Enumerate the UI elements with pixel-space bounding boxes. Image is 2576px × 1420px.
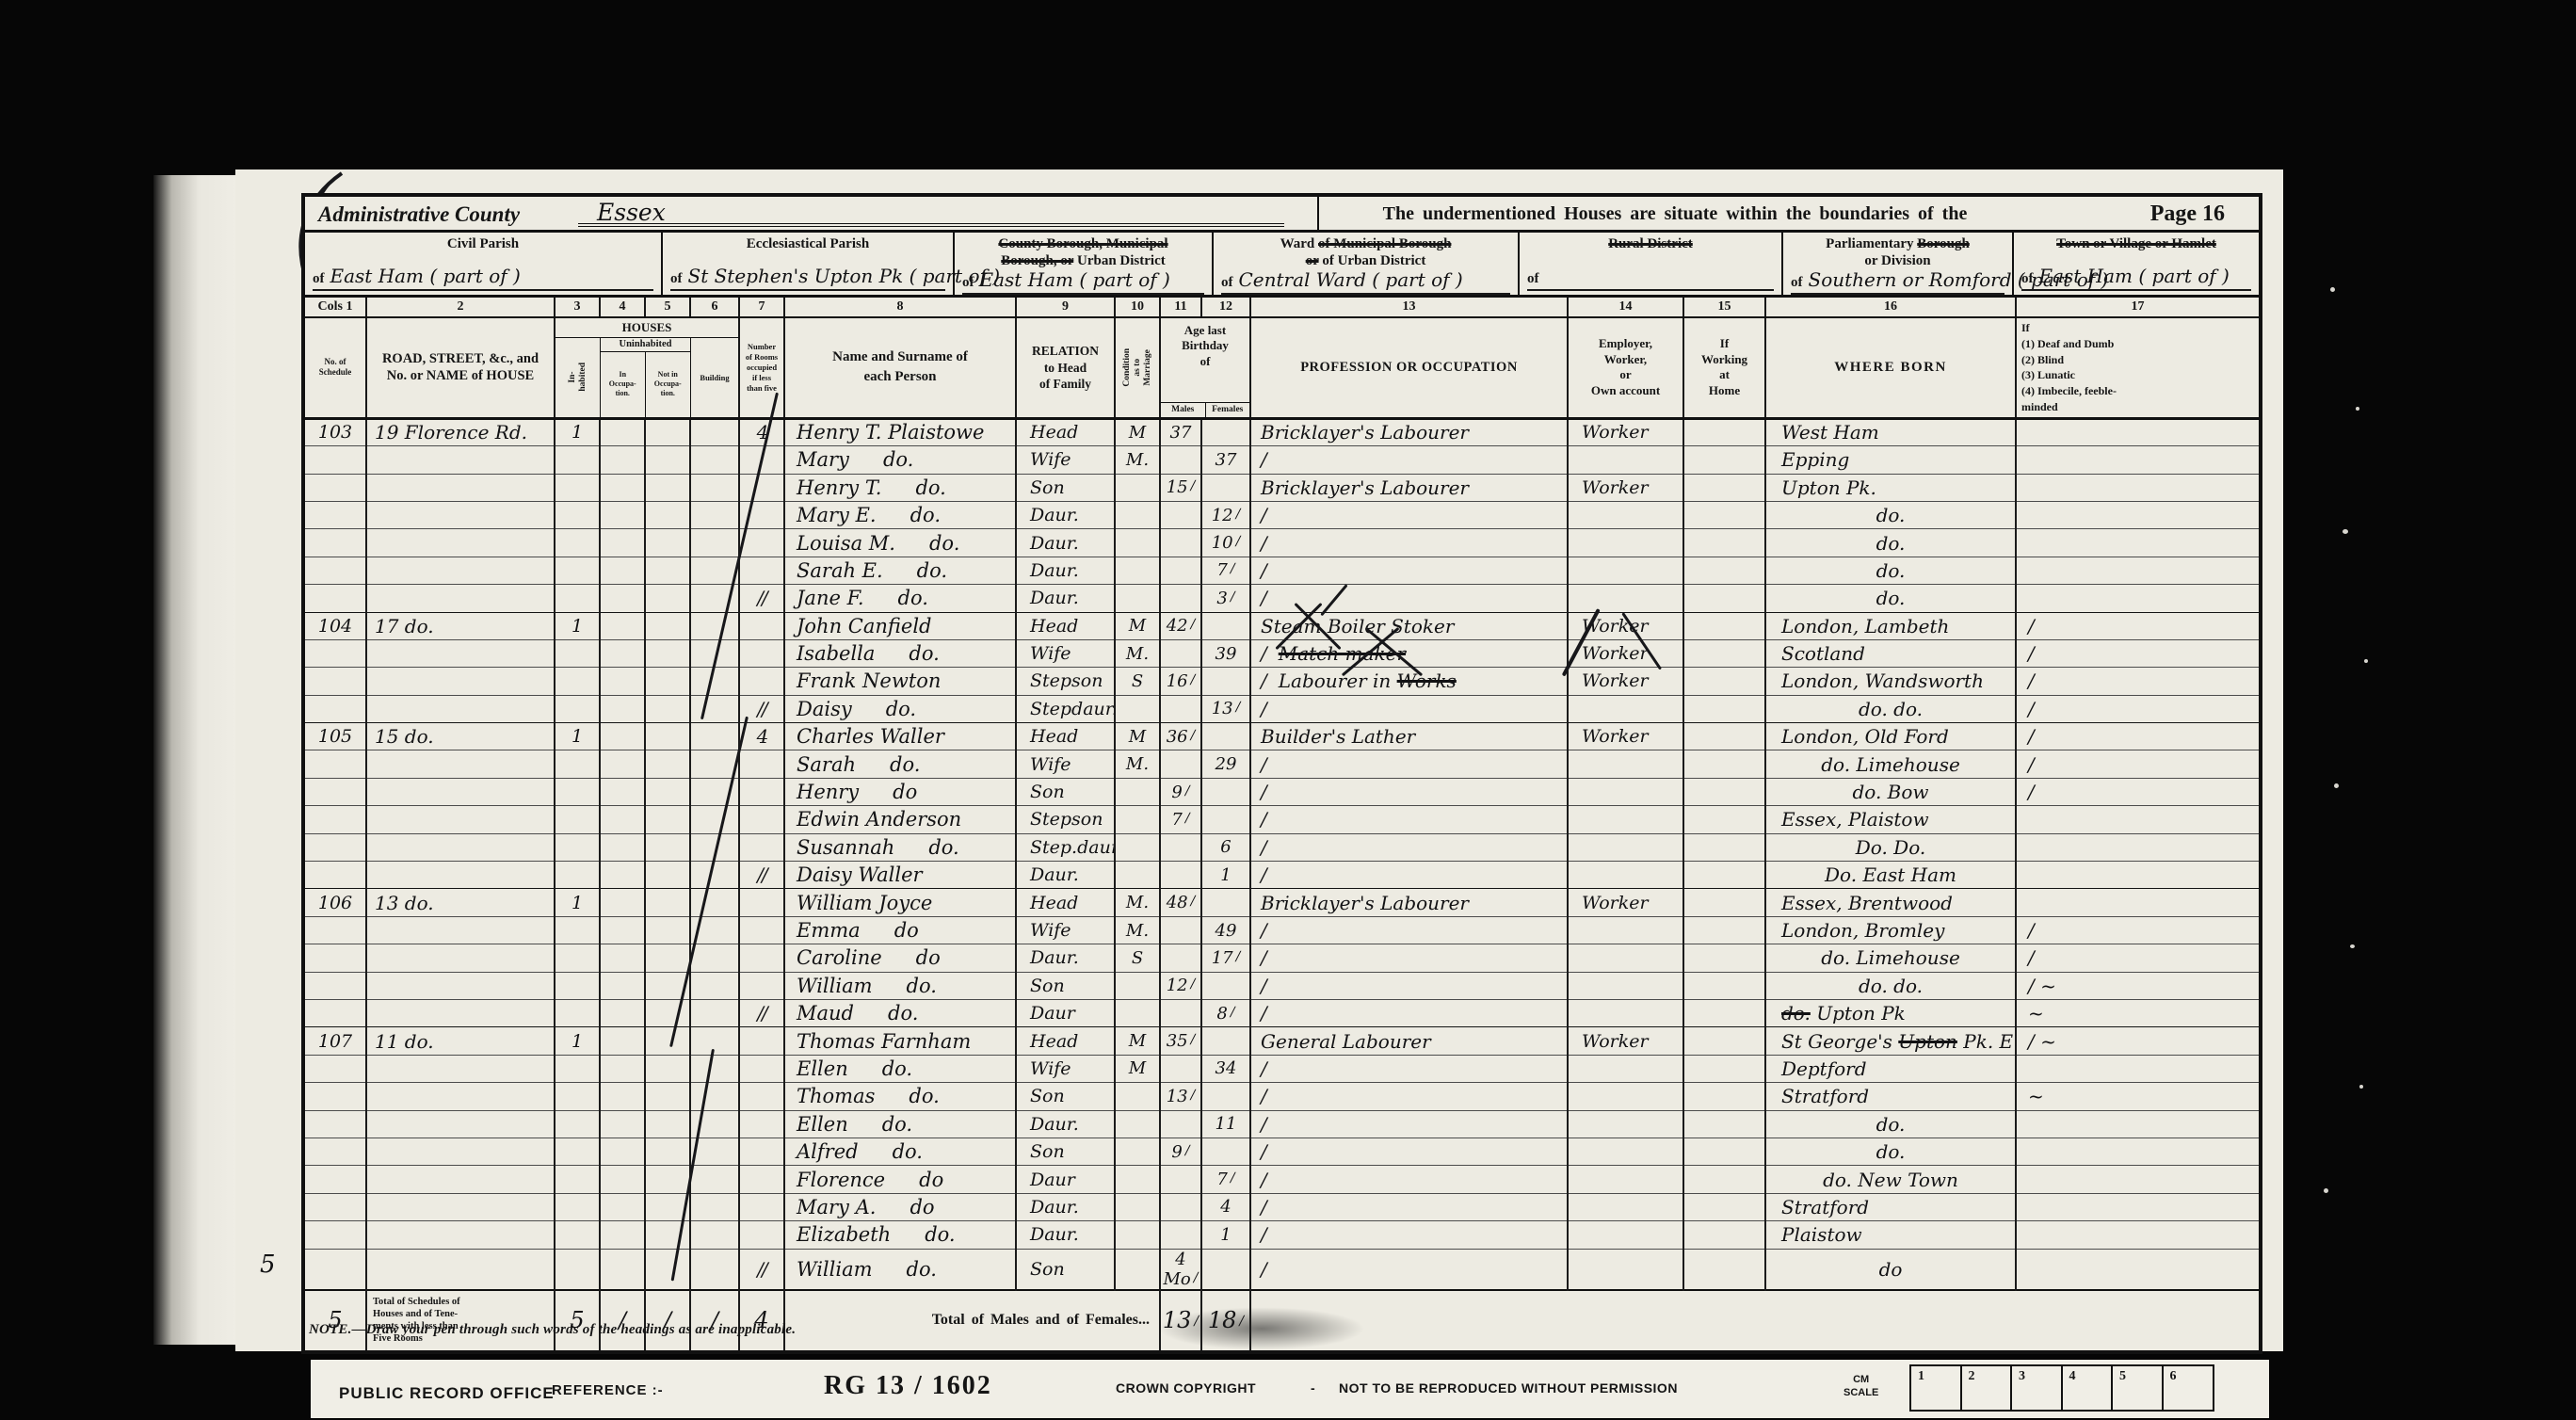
cell-age-male: 15∕ bbox=[1160, 474, 1201, 501]
cell-inhabited bbox=[555, 1083, 600, 1110]
cell-age-male bbox=[1160, 585, 1201, 612]
cell-uninhabited-not bbox=[645, 446, 690, 474]
cell-schedule bbox=[305, 916, 366, 944]
district-box-rural-district: Rural Districtof bbox=[1520, 233, 1783, 295]
total-schedules-label: Total of Schedules of Houses and of Tene… bbox=[366, 1290, 555, 1350]
person-row: 10515 do.14Charles WallerHeadM36∕Builder… bbox=[305, 723, 2259, 750]
cell-employer: Worker bbox=[1568, 1027, 1683, 1055]
cell-infirmity bbox=[2016, 557, 2259, 584]
cell-age-female: 6 bbox=[1201, 833, 1250, 861]
cell-age-male bbox=[1160, 750, 1201, 778]
cell-name: John Canfield bbox=[784, 612, 1016, 639]
cell-condition bbox=[1115, 501, 1160, 528]
cell-at-home bbox=[1683, 1027, 1765, 1055]
cell-infirmity: ∕ bbox=[2016, 750, 2259, 778]
cell-relation: Son bbox=[1016, 972, 1115, 999]
cell-infirmity bbox=[2016, 529, 2259, 557]
cell-condition bbox=[1115, 1249, 1160, 1290]
cell-employer bbox=[1568, 778, 1683, 805]
cell-name: Ellendo. bbox=[784, 1055, 1016, 1082]
column-number: 11 bbox=[1160, 298, 1201, 317]
cell-inhabited bbox=[555, 668, 600, 695]
cell-employer bbox=[1568, 999, 1683, 1026]
cell-name: Sarahdo. bbox=[784, 750, 1016, 778]
totals-blank bbox=[1250, 1290, 2259, 1350]
cell-name: Susannahdo. bbox=[784, 833, 1016, 861]
cell-condition bbox=[1115, 529, 1160, 557]
cell-occupation: ∕ bbox=[1250, 862, 1568, 889]
cell-name: Florencedo bbox=[784, 1166, 1016, 1193]
cell-age-female bbox=[1201, 418, 1250, 445]
admin-county-band: Administrative County Essex The undermen… bbox=[305, 197, 2259, 233]
person-row: Sarahdo.WifeM.29∕do. Limehouse∕ bbox=[305, 750, 2259, 778]
cell-inhabited bbox=[555, 972, 600, 999]
cell-uninhabited-occ bbox=[600, 723, 645, 750]
cell-condition bbox=[1115, 1083, 1160, 1110]
cell-schedule: 104 bbox=[305, 612, 366, 639]
cell-age-female: 3∕ bbox=[1201, 585, 1250, 612]
cell-age-male bbox=[1160, 1110, 1201, 1138]
cell-age-male: 12∕ bbox=[1160, 972, 1201, 999]
margin-schedule-count: 5 bbox=[260, 1251, 276, 1279]
copyright-label: CROWN COPYRIGHT bbox=[1116, 1380, 1256, 1396]
admin-county-label: Administrative County bbox=[318, 202, 520, 227]
cell-age-male bbox=[1160, 999, 1201, 1026]
cell-occupation: ∕ bbox=[1250, 750, 1568, 778]
cell-age-female bbox=[1201, 889, 1250, 916]
cell-where-born: Plaistow bbox=[1765, 1221, 2016, 1249]
cell-at-home bbox=[1683, 446, 1765, 474]
total-rooms: 4 bbox=[739, 1290, 784, 1350]
cell-at-home bbox=[1683, 916, 1765, 944]
cell-inhabited: 1 bbox=[555, 612, 600, 639]
col-born-header: WHERE BORN bbox=[1765, 317, 2016, 418]
cell-at-home bbox=[1683, 1138, 1765, 1165]
cell-at-home bbox=[1683, 1221, 1765, 1249]
cell-schedule bbox=[305, 474, 366, 501]
cell-employer bbox=[1568, 1055, 1683, 1082]
cell-rooms bbox=[739, 557, 784, 584]
cell-address: 17 do. bbox=[366, 612, 555, 639]
cell-relation: Daur bbox=[1016, 1166, 1115, 1193]
dust-speck bbox=[2343, 529, 2348, 534]
cell-age-male bbox=[1160, 944, 1201, 972]
column-number: 15 bbox=[1683, 298, 1765, 317]
cell-employer bbox=[1568, 1110, 1683, 1138]
cell-age-female: 4 bbox=[1201, 1193, 1250, 1220]
cell-inhabited: 1 bbox=[555, 1027, 600, 1055]
cell-rooms bbox=[739, 639, 784, 667]
cell-where-born: do. bbox=[1765, 1138, 2016, 1165]
cell-occupation: ∕ bbox=[1250, 695, 1568, 722]
column-numbers-row: Cols 1234567891011121314151617 bbox=[305, 298, 2259, 317]
cell-inhabited bbox=[555, 639, 600, 667]
cell-condition bbox=[1115, 806, 1160, 833]
ruler-cell: 6 bbox=[2162, 1364, 2214, 1412]
cell-age-female: 13∕ bbox=[1201, 695, 1250, 722]
cell-uninhabited-not bbox=[645, 695, 690, 722]
cell-rooms bbox=[739, 916, 784, 944]
cell-address: 15 do. bbox=[366, 723, 555, 750]
cell-infirmity: ∕ bbox=[2016, 944, 2259, 972]
cell-at-home bbox=[1683, 585, 1765, 612]
cell-rooms bbox=[739, 972, 784, 999]
cell-infirmity bbox=[2016, 862, 2259, 889]
cell-building bbox=[690, 695, 739, 722]
cell-age-male: 36∕ bbox=[1160, 723, 1201, 750]
cell-uninhabited-occ bbox=[600, 999, 645, 1026]
cell-occupation: ∕ bbox=[1250, 833, 1568, 861]
cell-at-home bbox=[1683, 668, 1765, 695]
cell-rooms bbox=[739, 1221, 784, 1249]
cell-infirmity: ~ bbox=[2016, 999, 2259, 1026]
cell-where-born: Deptford bbox=[1765, 1055, 2016, 1082]
cell-relation: Head bbox=[1016, 612, 1115, 639]
cell-rooms bbox=[739, 778, 784, 805]
cell-rooms: 4 bbox=[739, 418, 784, 445]
cell-age-female bbox=[1201, 1249, 1250, 1290]
col-road-header: ROAD, STREET, &c., and No. or NAME of HO… bbox=[366, 317, 555, 418]
cell-schedule bbox=[305, 1166, 366, 1193]
cell-occupation: Bricklayer's Labourer bbox=[1250, 474, 1568, 501]
cell-age-female bbox=[1201, 612, 1250, 639]
cell-where-born: Do. Do. bbox=[1765, 833, 2016, 861]
cell-uninhabited-not bbox=[645, 806, 690, 833]
cell-at-home bbox=[1683, 1055, 1765, 1082]
cell-uninhabited-occ bbox=[600, 585, 645, 612]
cell-relation: Daur. bbox=[1016, 501, 1115, 528]
cell-uninhabited-occ bbox=[600, 1193, 645, 1220]
person-row: Susannahdo.Step.daur.6∕Do. Do. bbox=[305, 833, 2259, 861]
film-edge bbox=[153, 175, 236, 1345]
cm-scale-label: CM SCALE bbox=[1843, 1373, 1878, 1400]
cell-address bbox=[366, 1221, 555, 1249]
cell-address bbox=[366, 501, 555, 528]
cell-address bbox=[366, 474, 555, 501]
cell-rooms bbox=[739, 612, 784, 639]
cell-occupation: ∕ bbox=[1250, 446, 1568, 474]
cell-occupation: ∕ bbox=[1250, 778, 1568, 805]
person-row: 10613 do.1William JoyceHeadM.48∕Bricklay… bbox=[305, 889, 2259, 916]
cell-rooms bbox=[739, 1027, 784, 1055]
cell-schedule bbox=[305, 778, 366, 805]
cell-uninhabited-occ bbox=[600, 833, 645, 861]
cell-inhabited bbox=[555, 585, 600, 612]
cell-schedule bbox=[305, 833, 366, 861]
cell-building bbox=[690, 723, 739, 750]
cell-building bbox=[690, 501, 739, 528]
person-row: 10417 do.1John CanfieldHeadM42∕Steam Boi… bbox=[305, 612, 2259, 639]
cell-uninhabited-occ bbox=[600, 529, 645, 557]
cell-relation: Wife bbox=[1016, 1055, 1115, 1082]
cell-relation: Son bbox=[1016, 1083, 1115, 1110]
cell-relation: Daur. bbox=[1016, 1221, 1115, 1249]
cell-inhabited bbox=[555, 862, 600, 889]
reference-number: RG 13 / 1602 bbox=[824, 1371, 992, 1401]
column-number: 7 bbox=[739, 298, 784, 317]
cell-uninhabited-occ bbox=[600, 916, 645, 944]
cell-age-male: 9∕ bbox=[1160, 778, 1201, 805]
cell-employer: Worker bbox=[1568, 668, 1683, 695]
cell-age-female: 8∕ bbox=[1201, 999, 1250, 1026]
cell-condition: S bbox=[1115, 944, 1160, 972]
cell-relation: Son bbox=[1016, 474, 1115, 501]
cell-uninhabited-not bbox=[645, 639, 690, 667]
cell-condition: M bbox=[1115, 418, 1160, 445]
cell-uninhabited-not bbox=[645, 668, 690, 695]
cell-infirmity: ∕ bbox=[2016, 723, 2259, 750]
cell-rooms bbox=[739, 833, 784, 861]
cell-inhabited bbox=[555, 833, 600, 861]
cell-relation: Wife bbox=[1016, 446, 1115, 474]
cell-employer bbox=[1568, 1166, 1683, 1193]
cell-name: Alfreddo. bbox=[784, 1138, 1016, 1165]
cell-infirmity bbox=[2016, 585, 2259, 612]
cell-address bbox=[366, 833, 555, 861]
cell-employer: Worker bbox=[1568, 639, 1683, 667]
dust-speck bbox=[2350, 944, 2355, 948]
cell-uninhabited-not bbox=[645, 999, 690, 1026]
cell-building bbox=[690, 889, 739, 916]
cell-schedule bbox=[305, 1083, 366, 1110]
cell-name: Charles Waller bbox=[784, 723, 1016, 750]
cell-inhabited bbox=[555, 446, 600, 474]
cell-relation: Stepson bbox=[1016, 806, 1115, 833]
cell-age-female: 37 bbox=[1201, 446, 1250, 474]
cell-at-home bbox=[1683, 612, 1765, 639]
cell-relation: Daur. bbox=[1016, 944, 1115, 972]
col-occupation-header: PROFESSION OR OCCUPATION bbox=[1250, 317, 1568, 418]
cell-uninhabited-occ bbox=[600, 972, 645, 999]
cell-employer bbox=[1568, 1138, 1683, 1165]
cell-where-born: Essex, Brentwood bbox=[1765, 889, 2016, 916]
cell-infirmity: ~ bbox=[2016, 1083, 2259, 1110]
cell-at-home bbox=[1683, 778, 1765, 805]
scan-smudge bbox=[1158, 1307, 1365, 1350]
cell-name: Edwin Anderson bbox=[784, 806, 1016, 833]
cell-infirmity bbox=[2016, 501, 2259, 528]
cell-age-male bbox=[1160, 446, 1201, 474]
cell-occupation: ∕ bbox=[1250, 972, 1568, 999]
person-row: ∕∕Jane F.do.Daur.3∕∕do. bbox=[305, 585, 2259, 612]
cell-uninhabited-not bbox=[645, 501, 690, 528]
cell-inhabited: 1 bbox=[555, 418, 600, 445]
person-row: ∕∕Mauddo.Daur8∕∕do. Upton Pk~ bbox=[305, 999, 2259, 1026]
cell-name: Henry T.do. bbox=[784, 474, 1016, 501]
district-box-ward: Ward of Municipal Boroughor of Urban Dis… bbox=[1214, 233, 1520, 295]
cell-uninhabited-occ bbox=[600, 557, 645, 584]
person-row: 10319 Florence Rd.14Henry T. PlaistoweHe… bbox=[305, 418, 2259, 445]
cell-where-born: Upton Pk. bbox=[1765, 474, 2016, 501]
cell-employer bbox=[1568, 557, 1683, 584]
cell-infirmity bbox=[2016, 1110, 2259, 1138]
dust-speck bbox=[2334, 783, 2339, 788]
cell-relation: Head bbox=[1016, 889, 1115, 916]
cell-age-male bbox=[1160, 862, 1201, 889]
column-number: 16 bbox=[1765, 298, 2016, 317]
col-rooms-header: Number of Rooms occupied if less than fi… bbox=[739, 317, 784, 418]
cell-schedule bbox=[305, 1249, 366, 1290]
cell-rooms bbox=[739, 1166, 784, 1193]
cell-building bbox=[690, 418, 739, 445]
cell-schedule bbox=[305, 557, 366, 584]
cell-where-born: do. Upton Pk bbox=[1765, 999, 2016, 1026]
ruler-cell: 5 bbox=[2111, 1364, 2164, 1412]
cell-occupation: ∕ bbox=[1250, 944, 1568, 972]
district-box-parliamentary-division: Parliamentary Boroughor DivisionofSouthe… bbox=[1783, 233, 2014, 295]
cell-employer bbox=[1568, 529, 1683, 557]
cell-rooms bbox=[739, 668, 784, 695]
cell-name: Thomas Farnham bbox=[784, 1027, 1016, 1055]
cell-infirmity: ∕ bbox=[2016, 612, 2259, 639]
office-label: PUBLIC RECORD OFFICE bbox=[339, 1384, 555, 1403]
cell-where-born: London, Wandsworth bbox=[1765, 668, 2016, 695]
cell-schedule: 106 bbox=[305, 889, 366, 916]
cell-building bbox=[690, 1055, 739, 1082]
cell-age-male bbox=[1160, 833, 1201, 861]
cell-at-home bbox=[1683, 1110, 1765, 1138]
cell-schedule bbox=[305, 944, 366, 972]
cell-employer bbox=[1568, 916, 1683, 944]
separator: - bbox=[1311, 1380, 1315, 1396]
cell-occupation: ∕ bbox=[1250, 1221, 1568, 1249]
cell-schedule bbox=[305, 695, 366, 722]
cell-age-male: 7∕ bbox=[1160, 806, 1201, 833]
cell-age-male bbox=[1160, 1055, 1201, 1082]
cell-infirmity bbox=[2016, 889, 2259, 916]
total-uninhabited-occ: ∕ bbox=[600, 1290, 645, 1350]
cell-age-female bbox=[1201, 806, 1250, 833]
cell-building bbox=[690, 1083, 739, 1110]
ruler-cell: 2 bbox=[1960, 1364, 2013, 1412]
col-infirmity-header: If (1) Deaf and Dumb (2) Blind (3) Lunat… bbox=[2016, 317, 2259, 418]
person-row: FlorencedoDaur7∕∕do. New Town bbox=[305, 1166, 2259, 1193]
cell-name: Henry T. Plaistowe bbox=[784, 418, 1016, 445]
cell-inhabited bbox=[555, 750, 600, 778]
cell-address bbox=[366, 862, 555, 889]
cell-address bbox=[366, 806, 555, 833]
cell-rooms: ∕∕ bbox=[739, 585, 784, 612]
person-row: CarolinedoDaur.S17∕∕do. Limehouse∕ bbox=[305, 944, 2259, 972]
cell-age-male: 13∕ bbox=[1160, 1083, 1201, 1110]
cell-inhabited bbox=[555, 999, 600, 1026]
cell-where-born: do. bbox=[1765, 1110, 2016, 1138]
col-athome-header: If Working at Home bbox=[1683, 317, 1765, 418]
cell-where-born: do. Limehouse bbox=[1765, 750, 2016, 778]
cell-uninhabited-occ bbox=[600, 612, 645, 639]
cell-occupation: Bricklayer's Labourer bbox=[1250, 889, 1568, 916]
cell-infirmity bbox=[2016, 1166, 2259, 1193]
cell-condition bbox=[1115, 695, 1160, 722]
cell-uninhabited-occ bbox=[600, 806, 645, 833]
cell-age-male bbox=[1160, 557, 1201, 584]
cell-where-born: do bbox=[1765, 1249, 2016, 1290]
cell-employer bbox=[1568, 806, 1683, 833]
cell-occupation: Builder's Lather bbox=[1250, 723, 1568, 750]
situate-line: The undermentioned Houses are situate wi… bbox=[1345, 203, 2004, 225]
cell-relation: Daur bbox=[1016, 999, 1115, 1026]
district-box-urban-district: County Borough, MunicipalBorough, or Urb… bbox=[955, 233, 1214, 295]
col-relation-header: RELATION to Head of Family bbox=[1016, 317, 1115, 418]
cell-age-male bbox=[1160, 916, 1201, 944]
cell-address bbox=[366, 778, 555, 805]
cell-condition: M bbox=[1115, 1027, 1160, 1055]
ruler-cell: 3 bbox=[2010, 1364, 2063, 1412]
column-number: 5 bbox=[645, 298, 690, 317]
cell-age-female: 34 bbox=[1201, 1055, 1250, 1082]
cell-relation: Daur. bbox=[1016, 1193, 1115, 1220]
cell-infirmity: ∕ bbox=[2016, 695, 2259, 722]
cell-uninhabited-not bbox=[645, 1166, 690, 1193]
cell-name: Isabellado. bbox=[784, 639, 1016, 667]
cell-inhabited bbox=[555, 1249, 600, 1290]
cell-where-born: do. do. bbox=[1765, 695, 2016, 722]
census-table: Cols 1234567891011121314151617 No. of Sc… bbox=[305, 298, 2259, 1350]
cell-at-home bbox=[1683, 501, 1765, 528]
cell-condition bbox=[1115, 557, 1160, 584]
cell-uninhabited-not bbox=[645, 1138, 690, 1165]
cell-at-home bbox=[1683, 833, 1765, 861]
cell-name: Mauddo. bbox=[784, 999, 1016, 1026]
cell-uninhabited-not bbox=[645, 862, 690, 889]
cell-relation: Wife bbox=[1016, 750, 1115, 778]
cell-occupation: ∕ bbox=[1250, 806, 1568, 833]
cell-age-female: 49 bbox=[1201, 916, 1250, 944]
col-age-header: Age last Birthday of MalesFemales bbox=[1160, 317, 1250, 418]
cell-condition bbox=[1115, 474, 1160, 501]
cell-name: William Joyce bbox=[784, 889, 1016, 916]
cell-age-female: 29 bbox=[1201, 750, 1250, 778]
cell-age-male: 42∕ bbox=[1160, 612, 1201, 639]
cell-where-born: do. New Town bbox=[1765, 1166, 2016, 1193]
cell-at-home bbox=[1683, 1193, 1765, 1220]
cell-uninhabited-occ bbox=[600, 501, 645, 528]
cell-address bbox=[366, 972, 555, 999]
cell-age-female bbox=[1201, 723, 1250, 750]
district-boxes: Civil ParishofEast Ham ( part of )Eccles… bbox=[305, 233, 2259, 298]
cell-uninhabited-occ bbox=[600, 446, 645, 474]
cell-at-home bbox=[1683, 999, 1765, 1026]
cell-occupation: Bricklayer's Labourer bbox=[1250, 418, 1568, 445]
person-row: ∕∕Daisydo.Stepdaur.13∕∕do. do.∕ bbox=[305, 695, 2259, 722]
total-males-females-label: Total of Males and of Females... bbox=[784, 1290, 1160, 1350]
cell-occupation: ∕ bbox=[1250, 501, 1568, 528]
cell-employer bbox=[1568, 446, 1683, 474]
cell-occupation: ∕ bbox=[1250, 1249, 1568, 1290]
cell-rooms bbox=[739, 944, 784, 972]
cell-rooms bbox=[739, 474, 784, 501]
page-number: Page 16 bbox=[2150, 202, 2225, 227]
cell-name: Daisydo. bbox=[784, 695, 1016, 722]
cell-infirmity bbox=[2016, 446, 2259, 474]
cell-age-female: 10∕ bbox=[1201, 529, 1250, 557]
cell-condition bbox=[1115, 972, 1160, 999]
cell-age-male bbox=[1160, 529, 1201, 557]
cell-condition bbox=[1115, 1166, 1160, 1193]
cell-name: Sarah E.do. bbox=[784, 557, 1016, 584]
cell-infirmity: ∕ bbox=[2016, 668, 2259, 695]
cell-name: Daisy Waller bbox=[784, 862, 1016, 889]
cell-building bbox=[690, 972, 739, 999]
cell-relation: Step.daur. bbox=[1016, 833, 1115, 861]
person-rows: 10319 Florence Rd.14Henry T. PlaistoweHe… bbox=[305, 418, 2259, 1289]
cell-inhabited bbox=[555, 474, 600, 501]
cell-age-female bbox=[1201, 474, 1250, 501]
cell-uninhabited-not bbox=[645, 1055, 690, 1082]
cell-inhabited: 1 bbox=[555, 723, 600, 750]
cell-relation: Wife bbox=[1016, 916, 1115, 944]
cell-relation: Daur. bbox=[1016, 1110, 1115, 1138]
